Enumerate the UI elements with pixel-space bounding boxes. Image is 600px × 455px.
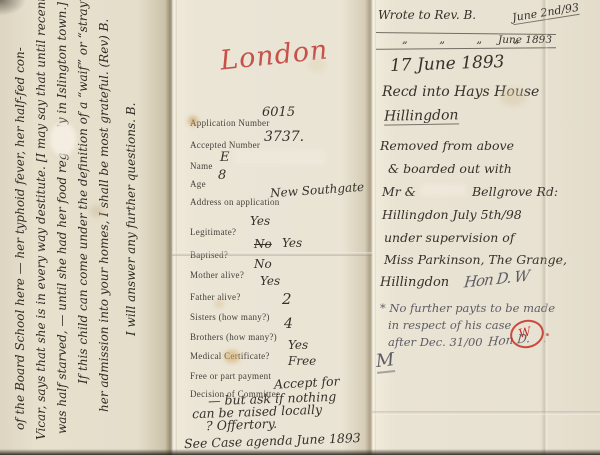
field-value: 3737. [264, 129, 304, 145]
field-label: Baptised? [190, 250, 228, 260]
handwritten-line: her admission into your homes, I shall b… [94, 10, 115, 440]
field-label: Name [190, 161, 213, 171]
field-label: Free or part payment [190, 371, 271, 381]
field-baptised: Baptised? No Yes [190, 243, 375, 259]
field-accepted-number: Accepted Number 3737. [190, 133, 375, 149]
field-value: E [220, 150, 230, 165]
field-brothers: Brothers (how many?) 4 [190, 325, 375, 341]
field-value: No [254, 257, 272, 271]
field-value: 8 [218, 168, 226, 183]
pencil-note-line: after Dec. 31/00 [388, 335, 483, 349]
field-label: Address on application [190, 197, 280, 207]
removed-line: Hillingdon [380, 275, 449, 290]
removed-line: Bellgrove Rd: [472, 184, 558, 199]
field-address: Address on application New Southgate [190, 190, 375, 206]
field-legitimate: Legitimate? Yes [190, 220, 375, 236]
field-label: Father alive? [190, 292, 241, 302]
field-value: 6015 [262, 105, 295, 120]
received-line: Recd into Hays House [382, 84, 539, 100]
field-label: Application Number [190, 118, 270, 128]
notes-panel: Wrote to Rev. B. June 2nd/93 „ „ „ „ Jun… [372, 0, 600, 455]
pencil-note-line: * No further payts to be made [380, 301, 555, 315]
field-label: Brothers (how many?) [190, 332, 277, 342]
field-value: Yes [260, 274, 280, 288]
field-value: Free [288, 354, 316, 368]
pencil-note-line: in respect of his case [388, 318, 511, 332]
decision-line: ? Offertory. [206, 416, 278, 433]
redaction-blur [420, 184, 466, 196]
field-application-number: Application Number 6015 [190, 111, 375, 127]
removed-line: Mr & [382, 184, 416, 199]
handwritten-line: was half starved, — until she had her fo… [52, 10, 73, 440]
field-label: Medical Certificate? [190, 351, 270, 361]
handwritten-line: I will answer any further questions. B. [121, 10, 142, 440]
signature: Hon D. W [463, 266, 530, 291]
rotated-handwritten-note: of the Board School here — her typhoid f… [10, 10, 160, 440]
received-date: 17 June 1893 [390, 52, 505, 76]
left-panel: of the Board School here — her typhoid f… [0, 0, 172, 455]
field-label: Sisters (how many?) [190, 312, 270, 322]
struck-value: No [254, 237, 272, 251]
field-label: Age [190, 179, 206, 189]
document-photo: of the Board School here — her typhoid f… [0, 0, 600, 455]
stamp-monogram: W [517, 324, 532, 341]
handwritten-line: of the Board School here — her typhoid f… [10, 10, 31, 440]
field-label: Legitimate? [190, 227, 236, 237]
field-label: Accepted Number [190, 140, 260, 150]
field-label: Mother alive? [190, 270, 244, 280]
ruled-line [376, 47, 556, 50]
field-value: Yes [288, 338, 308, 352]
field-sisters: Sisters (how many?) 2 [190, 305, 375, 321]
removed-line: under supervision of [384, 230, 514, 245]
wrote-date: June 2nd/93 [511, 1, 580, 25]
ditto-date: June 1893 [498, 34, 552, 46]
pencil-initials: M [375, 349, 396, 374]
removed-line: Hillingdon July 5th/98 [382, 207, 522, 222]
removed-line: Miss Parkinson, The Grange, [384, 252, 567, 267]
handwritten-line: If this child can come under the definit… [73, 10, 94, 440]
london-stamp: London [219, 34, 330, 76]
removed-line: & boarded out with [388, 161, 512, 176]
form-panel: London Application Number 6015 Accepted … [172, 0, 372, 455]
handwritten-line: Vicar, says that she is in every way des… [31, 10, 52, 440]
photo-corner-shadow [0, 0, 26, 16]
field-value: Yes [282, 236, 302, 250]
field-value: Yes [250, 214, 270, 228]
field-value: 2 [282, 290, 292, 308]
redaction-blur [234, 150, 326, 165]
photo-edge-shadow [0, 449, 600, 455]
field-medical-certificate: Medical Certificate? Yes [190, 344, 375, 360]
field-mother-alive: Mother alive? No [190, 263, 375, 279]
wrote-to-rev-line: Wrote to Rev. B. [378, 8, 476, 22]
received-place: Hillingdon [384, 107, 459, 125]
removed-line: Removed from above [380, 138, 514, 153]
field-value: 4 [284, 316, 293, 332]
